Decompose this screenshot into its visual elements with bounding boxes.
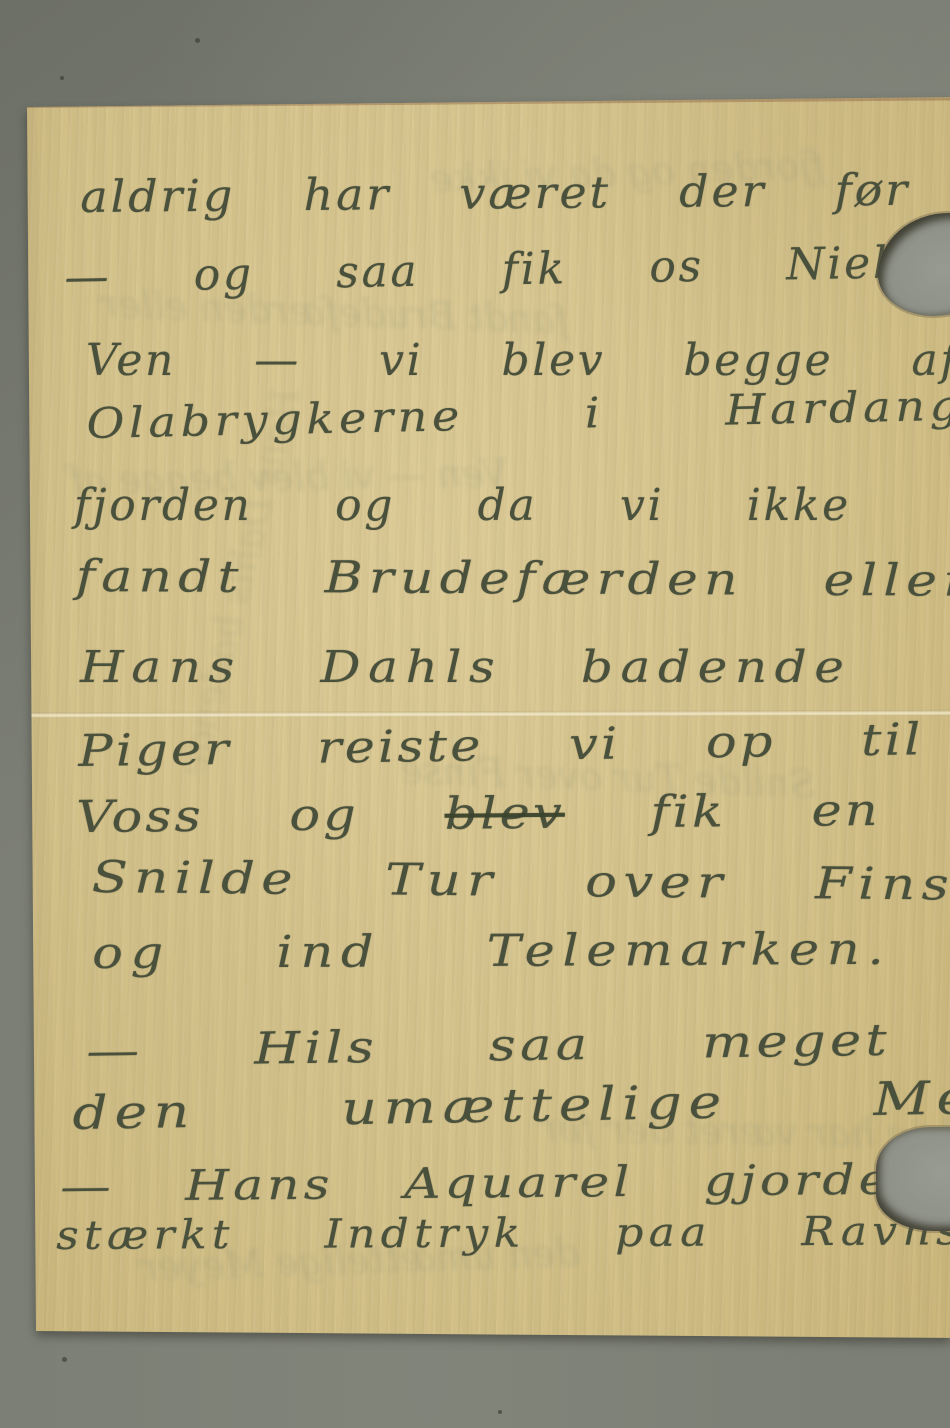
line-9-post: fik en (650, 785, 881, 838)
paper-sheet: fjorden og da vi ikke fandt Brudefærden … (0, 0, 950, 1428)
handwritten-line-3: Ven — vi blev begge af (86, 335, 950, 386)
handwritten-line-7: Hans Dahls badende (80, 642, 851, 693)
torn-hole-top (878, 213, 950, 316)
handwritten-line-10: Snilde Tur over Finse (92, 852, 950, 911)
line-9-pre: Voss og (76, 790, 359, 843)
handwritten-line-9: Voss og blev fik en (76, 785, 881, 843)
torn-hole-bottom (876, 1127, 950, 1231)
handwritten-line-12: — Hils saa meget (86, 1015, 891, 1077)
paper-top-edge (24, 97, 950, 108)
handwritten-line-11: og ind Telemarken. (92, 924, 891, 979)
line-9-struck-word: blev (444, 788, 565, 840)
paper-sheet-wrap: fjorden og da vi ikke fandt Brudefærden … (0, 0, 950, 1428)
handwritten-line-4: Olabrygkerne i Hardanger- (86, 379, 950, 448)
handwritten-line-5: fjorden og da vi ikke (74, 480, 851, 531)
handwritten-line-15: stærkt Indtryk paa Ravnsberg (56, 1208, 950, 1259)
photograph-of-letter: fjorden og da vi ikke fandt Brudefærden … (0, 0, 950, 1428)
handwritten-line-1: aldrig har været der før (80, 165, 910, 223)
handwritten-line-2: — og saa fik os Niels (64, 237, 915, 303)
handwritten-line-14: — Hans Aquarel gjorde et (60, 1154, 950, 1211)
handwritten-line-6: fandt Brudefærden eller (76, 551, 950, 607)
